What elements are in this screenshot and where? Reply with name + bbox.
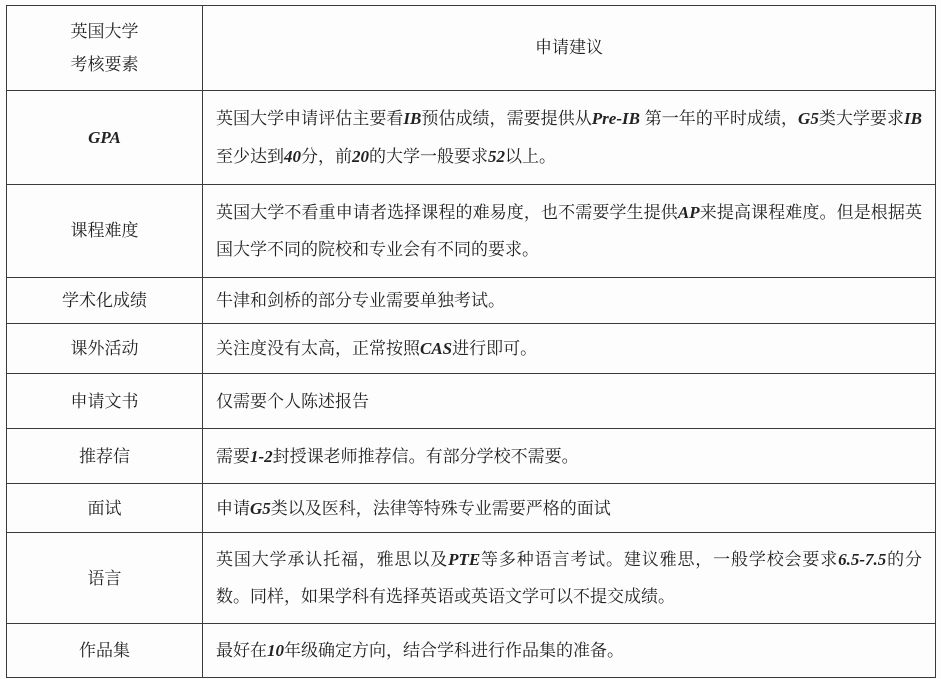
table-row-academic-scores: 学术化成绩 牛津和剑桥的部分专业需要单独考试。 [7,278,936,324]
table-row-portfolio: 作品集 最好在10年级确定方向，结合学科进行作品集的准备。 [7,624,936,678]
advice-cell: 最好在10年级确定方向，结合学科进行作品集的准备。 [203,624,936,678]
header-row: 英国大学 考核要素 申请建议 [7,6,936,91]
factor-cell: 作品集 [7,624,203,678]
table-row-language: 语言 英国大学承认托福，雅思以及PTE等多种语言考试。建议雅思，一般学校会要求6… [7,533,936,624]
advice-cell: 英国大学不看重申请者选择课程的难易度，也不需要学生提供AP来提高课程难度。但是根… [203,185,936,278]
advice-cell: 需要1-2封授课老师推荐信。有部分学校不需要。 [203,429,936,484]
header-factor-cell: 英国大学 考核要素 [7,6,203,91]
advice-cell: 关注度没有太高，正常按照CAS进行即可。 [203,324,936,374]
header-advice-cell: 申请建议 [203,6,936,91]
table-row-application-essay: 申请文书 仅需要个人陈述报告 [7,374,936,429]
advice-cell: 英国大学承认托福，雅思以及PTE等多种语言考试。建议雅思，一般学校会要求6.5-… [203,533,936,624]
advice-cell: 牛津和剑桥的部分专业需要单独考试。 [203,278,936,324]
advice-cell: 申请G5类以及医科，法律等特殊专业需要严格的面试 [203,484,936,533]
table-row-course-difficulty: 课程难度 英国大学不看重申请者选择课程的难易度，也不需要学生提供AP来提高课程难… [7,185,936,278]
factor-cell: 课程难度 [7,185,203,278]
table-row-gpa: GPA 英国大学申请评估主要看IB预估成绩，需要提供从Pre-IB 第一年的平时… [7,91,936,185]
table-row-interview: 面试 申请G5类以及医科，法律等特殊专业需要严格的面试 [7,484,936,533]
factor-cell: 推荐信 [7,429,203,484]
factor-cell: 语言 [7,533,203,624]
advice-cell: 英国大学申请评估主要看IB预估成绩，需要提供从Pre-IB 第一年的平时成绩，G… [203,91,936,185]
factor-cell: 学术化成绩 [7,278,203,324]
factor-cell: 申请文书 [7,374,203,429]
advice-cell: 仅需要个人陈述报告 [203,374,936,429]
table-row-extracurricular: 课外活动 关注度没有太高，正常按照CAS进行即可。 [7,324,936,374]
factor-cell: 课外活动 [7,324,203,374]
header-factor-line1: 英国大学 [13,15,196,48]
table-row-recommendation-letter: 推荐信 需要1-2封授课老师推荐信。有部分学校不需要。 [7,429,936,484]
header-factor-line2: 考核要素 [13,48,196,81]
factor-cell: GPA [7,91,203,185]
factor-cell: 面试 [7,484,203,533]
uk-university-assessment-table: 英国大学 考核要素 申请建议 GPA 英国大学申请评估主要看IB预估成绩，需要提… [6,5,936,678]
document-page: 英国大学 考核要素 申请建议 GPA 英国大学申请评估主要看IB预估成绩，需要提… [0,0,941,679]
